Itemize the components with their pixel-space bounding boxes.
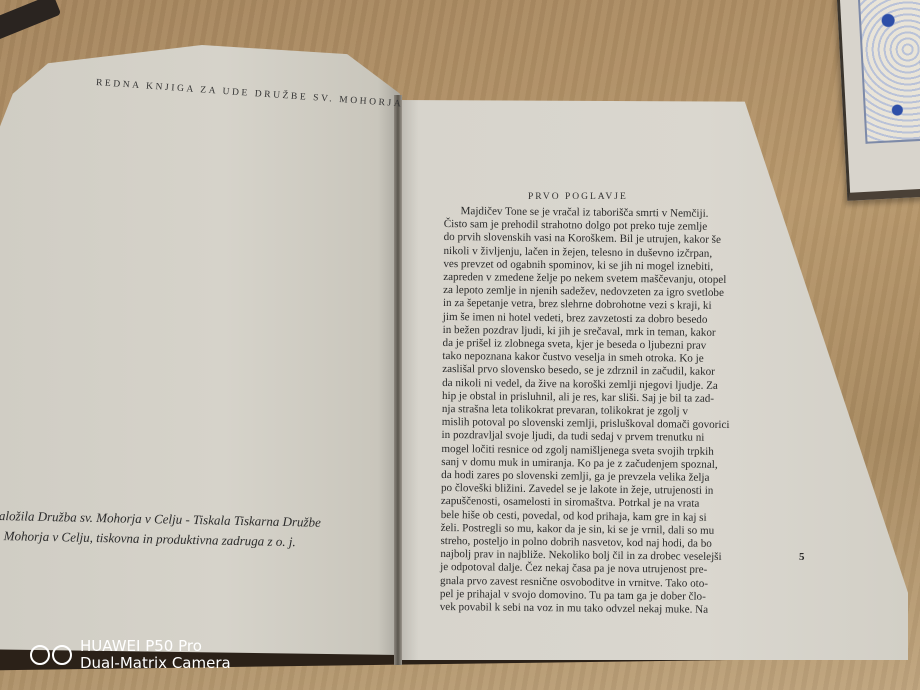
watermark-subtitle: Dual-Matrix Camera <box>80 655 231 672</box>
imprint-block: Založila Družba sv. Mohorja v Celju - Ti… <box>0 506 400 554</box>
left-page <box>0 45 400 655</box>
dark-strap-object <box>0 0 61 44</box>
chapter-title: PRVO POGLAVJE <box>528 192 628 202</box>
book-spine-gutter <box>394 95 402 665</box>
chapter-body-text: Majdičev Tone se je vračal iz taborišča … <box>440 205 824 618</box>
dual-ring-lens-logo-icon <box>30 645 72 665</box>
page-number: 5 <box>799 551 805 563</box>
camera-watermark: HUAWEI P50 Pro Dual-Matrix Camera <box>30 638 231 672</box>
patterned-book-corner <box>837 0 920 201</box>
blue-floral-cover-pattern <box>858 0 920 144</box>
watermark-model: HUAWEI P50 Pro <box>80 638 231 655</box>
